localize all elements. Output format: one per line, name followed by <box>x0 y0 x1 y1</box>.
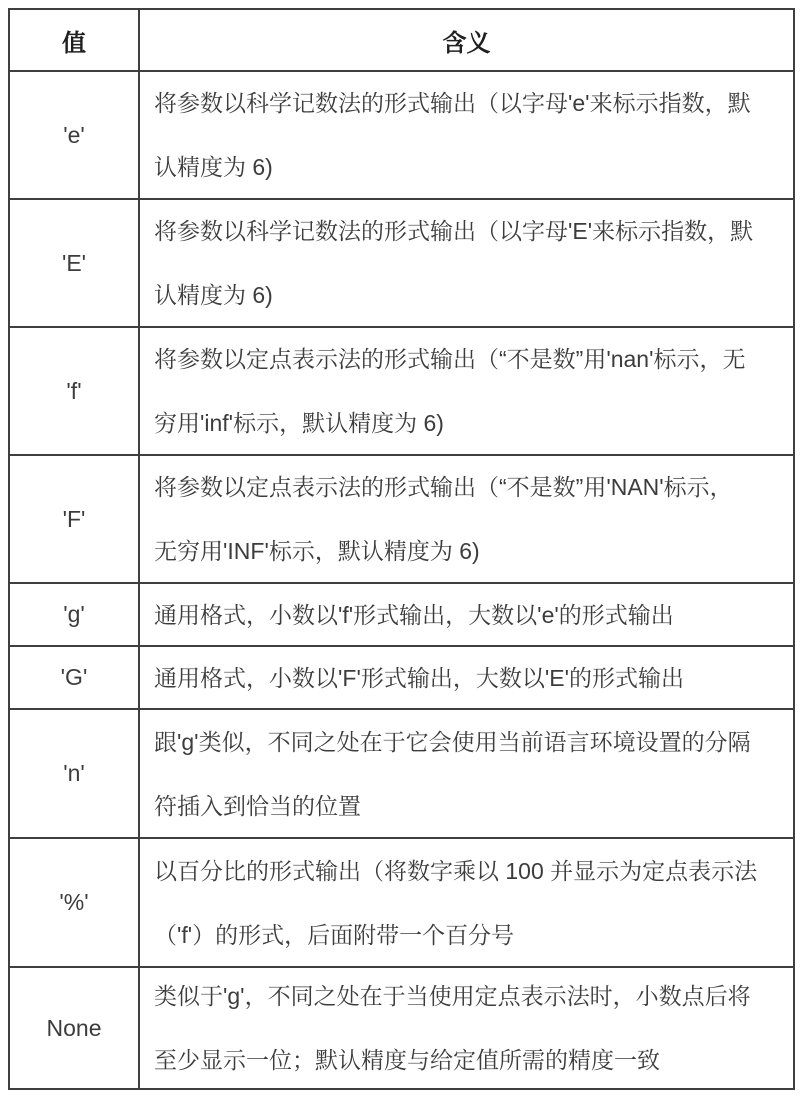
meaning-cell: 通用格式，小数以'F'形式输出，大数以'E'的形式输出 <box>138 647 793 708</box>
meaning-line: 以百分比的形式输出（将数字乘以 100 并显示为定点表示法 <box>154 839 779 903</box>
meaning-line: 至少显示一位；默认精度与给定值所需的精度一致 <box>154 1028 779 1092</box>
meaning-line: 认精度为 6) <box>154 263 779 327</box>
table-row: 'g' 通用格式，小数以'f'形式输出，大数以'e'的形式输出 <box>10 582 793 645</box>
table-row: 'G' 通用格式，小数以'F'形式输出，大数以'E'的形式输出 <box>10 645 793 708</box>
table-row: '%' 以百分比的形式输出（将数字乘以 100 并显示为定点表示法 （'f'）的… <box>10 837 793 966</box>
table-row: 'E' 将参数以科学记数法的形式输出（以字母'E'来标示指数，默 认精度为 6) <box>10 198 793 326</box>
meaning-cell: 将参数以科学记数法的形式输出（以字母'E'来标示指数，默 认精度为 6) <box>138 200 793 326</box>
header-meaning-cell: 含义 <box>138 10 793 70</box>
header-row: 值 含义 <box>10 10 793 70</box>
table-row: 'n' 跟'g'类似，不同之处在于它会使用当前语言环境设置的分隔 符插入到恰当的… <box>10 708 793 837</box>
meaning-line: 无穷用'INF'标示，默认精度为 6) <box>154 519 779 583</box>
meaning-line: 通用格式，小数以'F'形式输出，大数以'E'的形式输出 <box>154 646 779 710</box>
page: 值 含义 'e' 将参数以科学记数法的形式输出（以字母'e'来标示指数，默 认精… <box>0 0 800 1118</box>
value-cell: 'f' <box>10 328 138 454</box>
header-value-cell: 值 <box>10 10 138 70</box>
meaning-cell: 类似于'g'，不同之处在于当使用定点表示法时，小数点后将 至少显示一位；默认精度… <box>138 968 793 1088</box>
meaning-line: 将参数以科学记数法的形式输出（以字母'e'来标示指数，默 <box>154 71 779 135</box>
meaning-line: 类似于'g'，不同之处在于当使用定点表示法时，小数点后将 <box>154 964 779 1028</box>
format-spec-table: 值 含义 'e' 将参数以科学记数法的形式输出（以字母'e'来标示指数，默 认精… <box>8 8 795 1090</box>
meaning-cell: 将参数以定点表示法的形式输出（“不是数”用'NAN'标示， 无穷用'INF'标示… <box>138 456 793 582</box>
meaning-cell: 将参数以科学记数法的形式输出（以字母'e'来标示指数，默 认精度为 6) <box>138 72 793 198</box>
meaning-line: 符插入到恰当的位置 <box>154 774 779 838</box>
value-cell: 'G' <box>10 647 138 708</box>
value-cell: None <box>10 968 138 1088</box>
meaning-cell: 跟'g'类似，不同之处在于它会使用当前语言环境设置的分隔 符插入到恰当的位置 <box>138 710 793 837</box>
meaning-line: 将参数以科学记数法的形式输出（以字母'E'来标示指数，默 <box>154 199 779 263</box>
meaning-line: 通用格式，小数以'f'形式输出，大数以'e'的形式输出 <box>154 583 779 647</box>
meaning-line: 将参数以定点表示法的形式输出（“不是数”用'nan'标示，无 <box>154 327 779 391</box>
meaning-line: 跟'g'类似，不同之处在于它会使用当前语言环境设置的分隔 <box>154 710 779 774</box>
meaning-cell: 将参数以定点表示法的形式输出（“不是数”用'nan'标示，无 穷用'inf'标示… <box>138 328 793 454</box>
value-cell: 'F' <box>10 456 138 582</box>
table-row: 'f' 将参数以定点表示法的形式输出（“不是数”用'nan'标示，无 穷用'in… <box>10 326 793 454</box>
value-cell: 'g' <box>10 584 138 645</box>
meaning-line: （'f'）的形式，后面附带一个百分号 <box>154 903 779 967</box>
meaning-line: 认精度为 6) <box>154 135 779 199</box>
table-row: 'e' 将参数以科学记数法的形式输出（以字母'e'来标示指数，默 认精度为 6) <box>10 70 793 198</box>
meaning-line: 穷用'inf'标示，默认精度为 6) <box>154 391 779 455</box>
value-cell: '%' <box>10 839 138 966</box>
meaning-line: 将参数以定点表示法的形式输出（“不是数”用'NAN'标示， <box>154 455 779 519</box>
table-row: None 类似于'g'，不同之处在于当使用定点表示法时，小数点后将 至少显示一位… <box>10 966 793 1088</box>
meaning-cell: 通用格式，小数以'f'形式输出，大数以'e'的形式输出 <box>138 584 793 645</box>
value-cell: 'E' <box>10 200 138 326</box>
value-cell: 'e' <box>10 72 138 198</box>
value-cell: 'n' <box>10 710 138 837</box>
meaning-cell: 以百分比的形式输出（将数字乘以 100 并显示为定点表示法 （'f'）的形式，后… <box>138 839 793 966</box>
table-row: 'F' 将参数以定点表示法的形式输出（“不是数”用'NAN'标示， 无穷用'IN… <box>10 454 793 582</box>
